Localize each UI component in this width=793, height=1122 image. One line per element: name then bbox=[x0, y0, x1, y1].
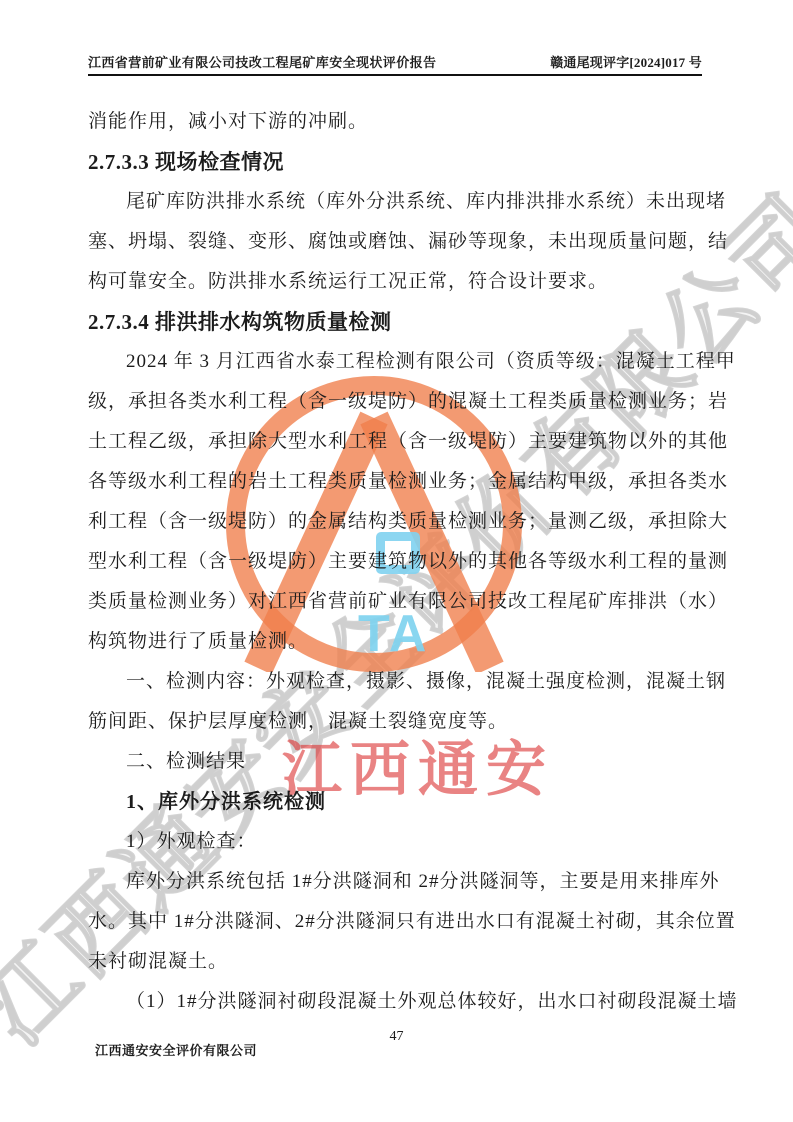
body-line: 类质量检测业务）对江西省营前矿业有限公司技改工程尾矿库排洪（水） bbox=[88, 582, 708, 622]
body-line: 利工程（含一级堤防）的金属结构类质量检测业务；量测乙级，承担除大 bbox=[88, 502, 708, 542]
section-heading-2734: 2.7.3.4 排洪排水构筑物质量检测 bbox=[88, 302, 708, 342]
header-document-number: 赣通尾现评字[2024]017 号 bbox=[550, 52, 702, 71]
body-line: 一、检测内容：外观检查，摄影、摄像，混凝土强度检测，混凝土钢 bbox=[88, 662, 708, 702]
body-line: 未衬砌混凝土。 bbox=[88, 942, 708, 982]
report-page: 江西通安安全评价有限公司 TA 江西通安 江西省营前矿业有限公司技改工程尾矿库安… bbox=[0, 0, 793, 1122]
body-line: 塞、坍塌、裂缝、变形、腐蚀或磨蚀、漏砂等现象，未出现质量问题，结 bbox=[88, 222, 708, 262]
body-line: 筋间距、保护层厚度检测，混凝土裂缝宽度等。 bbox=[88, 702, 708, 742]
body-line: 水。其中 1#分洪隧洞、2#分洪隧洞只有进出水口有混凝土衬砌，其余位置 bbox=[88, 902, 708, 942]
body-line: 土工程乙级，承担除大型水利工程（含一级堤防）主要建筑物以外的其他 bbox=[88, 422, 708, 462]
footer-company-name: 江西通安安全评价有限公司 bbox=[95, 1040, 257, 1059]
header-report-title: 江西省营前矿业有限公司技改工程尾矿库安全现状评价报告 bbox=[88, 52, 436, 71]
content-layer: 江西省营前矿业有限公司技改工程尾矿库安全现状评价报告 赣通尾现评字[2024]0… bbox=[0, 0, 793, 1122]
document-body: 消能作用，减小对下游的冲刷。 2.7.3.3 现场检查情况 尾矿库防洪排水系统（… bbox=[88, 102, 708, 1022]
body-line: 尾矿库防洪排水系统（库外分洪系统、库内排洪排水系统）未出现堵 bbox=[88, 182, 708, 222]
body-line: 构筑物进行了质量检测。 bbox=[88, 622, 708, 662]
body-line: 各等级水利工程的岩土工程类质量检测业务；金属结构甲级，承担各类水 bbox=[88, 462, 708, 502]
section-heading-2733: 2.7.3.3 现场检查情况 bbox=[88, 142, 708, 182]
body-line: 2024 年 3 月江西省水泰工程检测有限公司（资质等级：混凝土工程甲 bbox=[88, 342, 708, 382]
body-line: 二、检测结果 bbox=[88, 742, 708, 782]
body-line: 库外分洪系统包括 1#分洪隧洞和 2#分洪隧洞等，主要是用来排库外 bbox=[88, 862, 708, 902]
body-line: 构可靠安全。防洪排水系统运行工况正常，符合设计要求。 bbox=[88, 262, 708, 302]
body-line: （1）1#分洪隧洞衬砌段混凝土外观总体较好，出水口衬砌段混凝土墙 bbox=[88, 982, 708, 1022]
body-line: 1）外观检查： bbox=[88, 822, 708, 862]
subsection-heading-1: 1、库外分洪系统检测 bbox=[88, 782, 708, 822]
body-line: 型水利工程（含一级堤防）主要建筑物以外的其他各等级水利工程的量测 bbox=[88, 542, 708, 582]
body-line: 级，承担各类水利工程（含一级堤防）的混凝土工程类质量检测业务；岩 bbox=[88, 382, 708, 422]
body-line: 消能作用，减小对下游的冲刷。 bbox=[88, 102, 708, 142]
header-rule bbox=[88, 74, 702, 76]
